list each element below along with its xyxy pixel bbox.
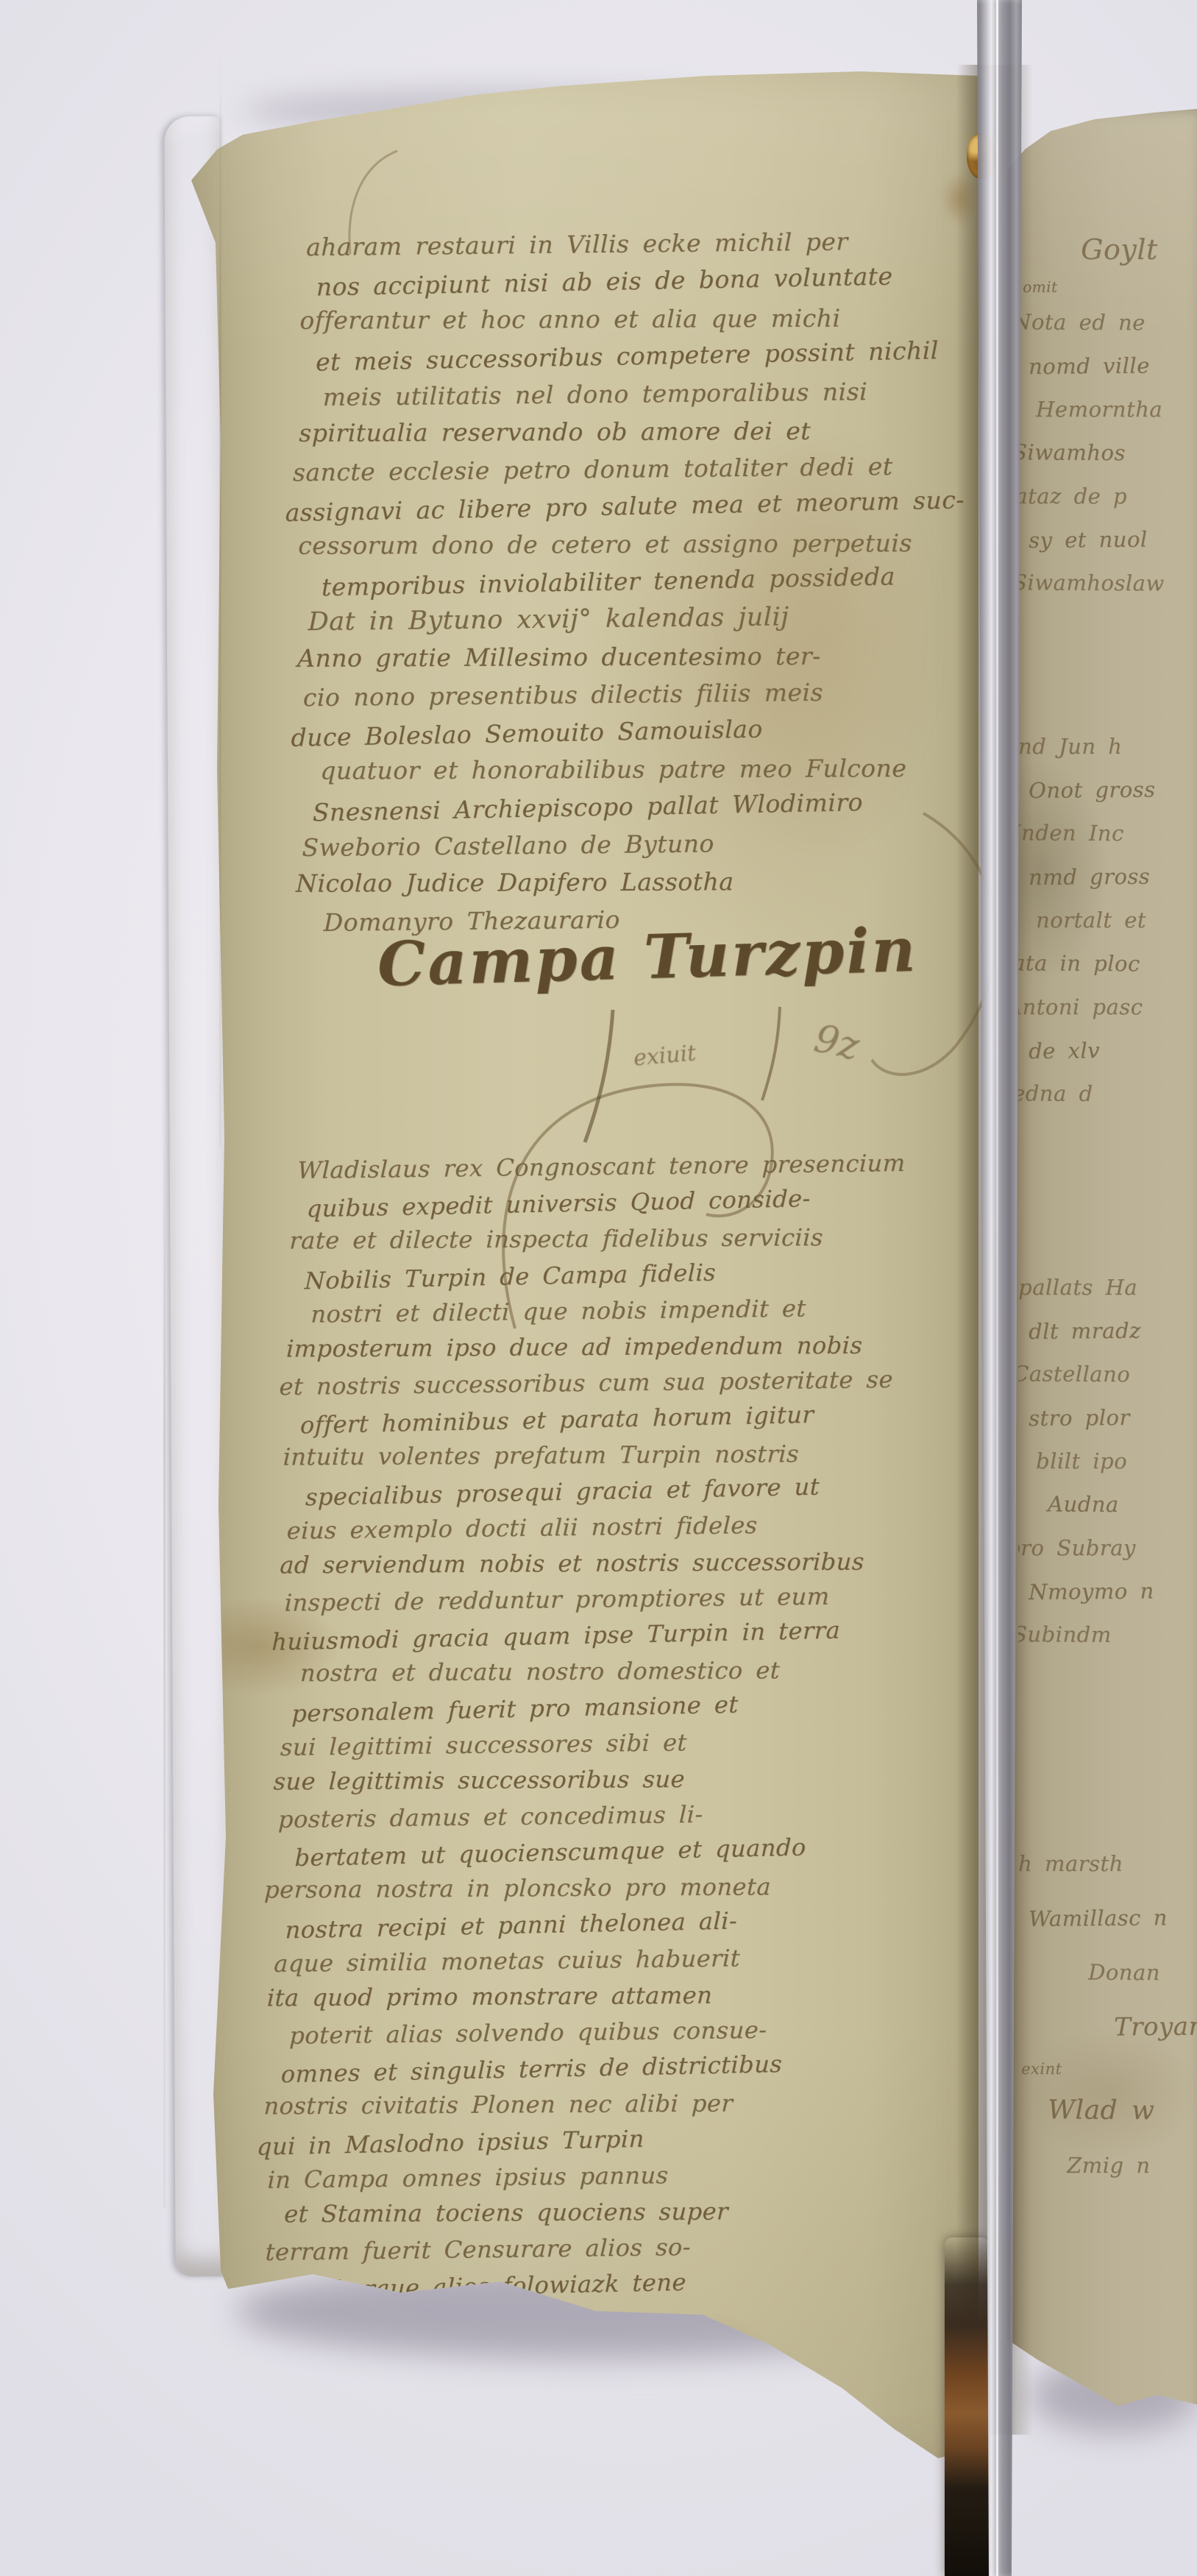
manuscript-line-fragment: blilt ipo — [1036, 1440, 1197, 1483]
manuscript-line-fragment: edna d — [1018, 1072, 1197, 1116]
manuscript-line-fragment: sy et nuol — [1029, 517, 1197, 562]
binding-rod-bottom — [945, 2237, 989, 2576]
manuscript-line: quatuor et honorabilibus patre meo Fulco… — [320, 749, 892, 789]
left-page: aharam restauri in Villis ecke michil pe… — [188, 70, 978, 2458]
section-heading: Campa Turzpin — [377, 915, 919, 1000]
manuscript-line-fragment: stro plor — [1029, 1395, 1197, 1440]
manuscript-line-fragment: nmd gross — [1029, 854, 1197, 899]
manuscript-line: eius exemplo docti alii nostri fideles — [286, 1506, 898, 1549]
manuscript-line-fragment: dlt mradz — [1029, 1309, 1197, 1354]
manuscript-line: Dat in Bytuno xxvij° kalendas julij — [308, 598, 892, 641]
manuscript-photo: aharam restauri in Villis ecke michil pe… — [0, 0, 1197, 2576]
manuscript-line: meis utilitatis nel dono temporalibus ni… — [323, 372, 894, 416]
manuscript-line-fragment: Audna — [1048, 1482, 1197, 1526]
manuscript-line: aque similia monetas cuius habuerit — [274, 1939, 886, 1982]
manuscript-line: Nicolao Judice Dapifero Lassotha — [296, 862, 891, 902]
manuscript-line: sue legittimis successoribus sue — [273, 1760, 891, 1800]
manuscript-line: in Campa omnes ipsius pannus — [267, 2155, 879, 2198]
manuscript-line-fragment: Inden Inc — [1018, 811, 1197, 856]
manuscript-line-fragment: exint — [1021, 2054, 1197, 2084]
manuscript-line: Anno gratie Millesimo ducentesimo ter- — [297, 637, 892, 677]
manuscript-line: ita quod primo monstrare attamen — [266, 1976, 884, 2016]
manuscript-line-fragment: fataz de p — [1018, 475, 1197, 518]
manuscript-line-fragment: Nota ed ne — [1018, 300, 1197, 345]
manuscript-line-fragment: h marsth — [1018, 1836, 1197, 1891]
manuscript-line-fragment: Wamillasc n — [1029, 1890, 1197, 1946]
manuscript-line: ad serviendum nobis et nostris successor… — [279, 1543, 897, 1583]
manuscript-line-fragment: Goylt — [1081, 228, 1197, 272]
manuscript-line-fragment: Wlad w — [1048, 2083, 1197, 2138]
manuscript-line-fragment: Nmoymo n — [1029, 1569, 1197, 1614]
manuscript-line: offerantur et hoc anno et alia que michi — [299, 299, 895, 339]
manuscript-line: nostri et dilecti que nobis impendit et — [310, 1289, 905, 1333]
right-page-fragment-cluster: GoyltomitNota ed nenomd villeHemornthaSi… — [1018, 228, 1197, 605]
manuscript-line: et Stamina tociens quociens super — [283, 2193, 878, 2232]
manuscript-line-fragment: pro Subray — [1018, 1526, 1197, 1570]
manuscript-line: cessorum dono de cetero et assigno perpe… — [298, 524, 893, 565]
margin-mark: 9z — [810, 1016, 863, 1069]
manuscript-line-fragment: nortalt et — [1036, 899, 1197, 942]
manuscript-line-fragment: Siwamhos — [1018, 431, 1197, 475]
manuscript-line: Sweborio Castellano de Bytuno — [302, 823, 890, 866]
manuscript-line-fragment: ata in ploc — [1018, 941, 1197, 986]
manuscript-line-fragment: Antoni pasc — [1018, 986, 1197, 1029]
manuscript-line-fragment: Subindm — [1018, 1613, 1197, 1657]
end-mark-dots: · · — [405, 2388, 425, 2416]
manuscript-line-fragment: Troyan — [1114, 2000, 1197, 2055]
manuscript-line-fragment: omit — [1023, 271, 1197, 302]
manuscript-line-fragment: Onot gross — [1029, 768, 1197, 813]
manuscript-line-fragment: Hemorntha — [1036, 388, 1197, 431]
upper-text-block: aharam restauri in Villis ecke michil pe… — [302, 222, 895, 941]
manuscript-line-fragment: Donan — [1088, 1945, 1197, 2000]
manuscript-line-fragment: Zmig n — [1067, 2138, 1197, 2193]
manuscript-line: sui legittimi successores sibi et — [280, 1722, 892, 1766]
heading-note: exiuit — [633, 1040, 697, 1071]
manuscript-line-fragment: pallats Ha — [1018, 1266, 1197, 1309]
manuscript-line: spiritualia reservando ob amore dei et — [299, 411, 894, 452]
right-page: GoyltomitNota ed nenomd villeHemornthaSi… — [1006, 109, 1197, 2416]
lower-text-block: Wladislaus rex Congnoscant tenore presen… — [263, 1145, 909, 2307]
manuscript-line-fragment: Siwamhoslaw — [1018, 561, 1197, 605]
right-page-fragment-cluster: h marsthWamillasc nDonanTroyanexintWlad … — [1018, 1836, 1197, 2193]
manuscript-line: imposterum ipso duce ad impedendum nobis — [285, 1327, 903, 1367]
manuscript-line-fragment: nomd ville — [1029, 344, 1197, 389]
right-page-fragment-cluster: pallats Hadlt mradzCastellanostro plorbl… — [1018, 1266, 1197, 1657]
manuscript-line-fragment: Castellano — [1018, 1352, 1197, 1397]
page-crease — [219, 44, 221, 1148]
manuscript-line-fragment: nd Jun h — [1018, 725, 1197, 768]
manuscript-line-fragment: de xlv — [1029, 1028, 1197, 1073]
right-page-fragment-cluster: nd Jun hOnot grossInden Incnmd grossnort… — [1018, 725, 1197, 1116]
page-crease — [163, 1104, 166, 2208]
